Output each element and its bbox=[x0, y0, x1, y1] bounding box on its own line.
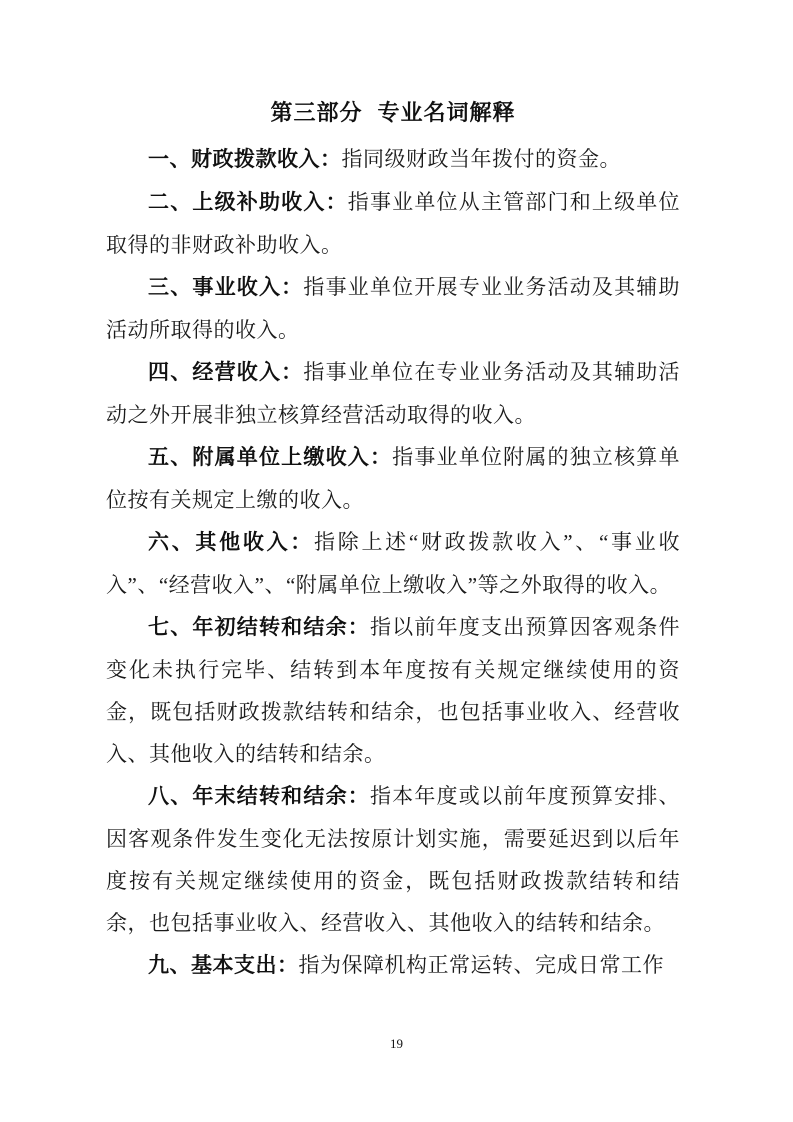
term-paragraph: 一、财政拨款收入：指同级财政当年拨付的资金。 bbox=[106, 138, 680, 181]
page-number: 19 bbox=[0, 1036, 793, 1052]
term-definition: 指为保障机构正常运转、完成日常工作 bbox=[299, 953, 665, 977]
term-label: 三、事业收入： bbox=[148, 276, 303, 299]
term-paragraph: 七、年初结转和结余：指以前年度支出预算因客观条件变化未执行完毕、结转到本年度按有… bbox=[106, 606, 680, 775]
term-paragraph: 九、基本支出：指为保障机构正常运转、完成日常工作 bbox=[106, 944, 680, 987]
term-paragraph: 三、事业收入：指事业单位开展专业业务活动及其辅助活动所取得的收入。 bbox=[106, 266, 680, 351]
term-label: 八、年末结转和结余： bbox=[148, 785, 370, 808]
term-definition: 指同级财政当年拨付的资金。 bbox=[342, 147, 622, 171]
document-content: 第三部分 专业名词解释 一、财政拨款收入：指同级财政当年拨付的资金。 二、上级补… bbox=[106, 92, 680, 987]
term-paragraph: 五、附属单位上缴收入：指事业单位附属的独立核算单位按有关规定上缴的收入。 bbox=[106, 436, 680, 521]
term-label: 九、基本支出： bbox=[148, 954, 299, 977]
term-label: 七、年初结转和结余： bbox=[148, 616, 370, 639]
term-paragraph: 二、上级补助收入：指事业单位从主管部门和上级单位取得的非财政补助收入。 bbox=[106, 181, 680, 266]
term-label: 一、财政拨款收入： bbox=[148, 148, 342, 171]
term-paragraph: 八、年末结转和结余：指本年度或以前年度预算安排、因客观条件发生变化无法按原计划实… bbox=[106, 775, 680, 944]
term-label: 二、上级补助收入： bbox=[148, 191, 348, 214]
term-label: 六、其他收入： bbox=[148, 531, 314, 554]
term-paragraph: 四、经营收入：指事业单位在专业业务活动及其辅助活动之外开展非独立核算经营活动取得… bbox=[106, 351, 680, 436]
term-label: 四、经营收入： bbox=[148, 361, 303, 384]
document-page: 第三部分 专业名词解释 一、财政拨款收入：指同级财政当年拨付的资金。 二、上级补… bbox=[0, 0, 793, 1122]
page-title: 第三部分 专业名词解释 bbox=[106, 92, 680, 134]
term-label: 五、附属单位上缴收入： bbox=[148, 446, 392, 469]
term-paragraph: 六、其他收入：指除上述“财政拨款收入”、“事业收入”、“经营收入”、“附属单位上… bbox=[106, 521, 680, 606]
